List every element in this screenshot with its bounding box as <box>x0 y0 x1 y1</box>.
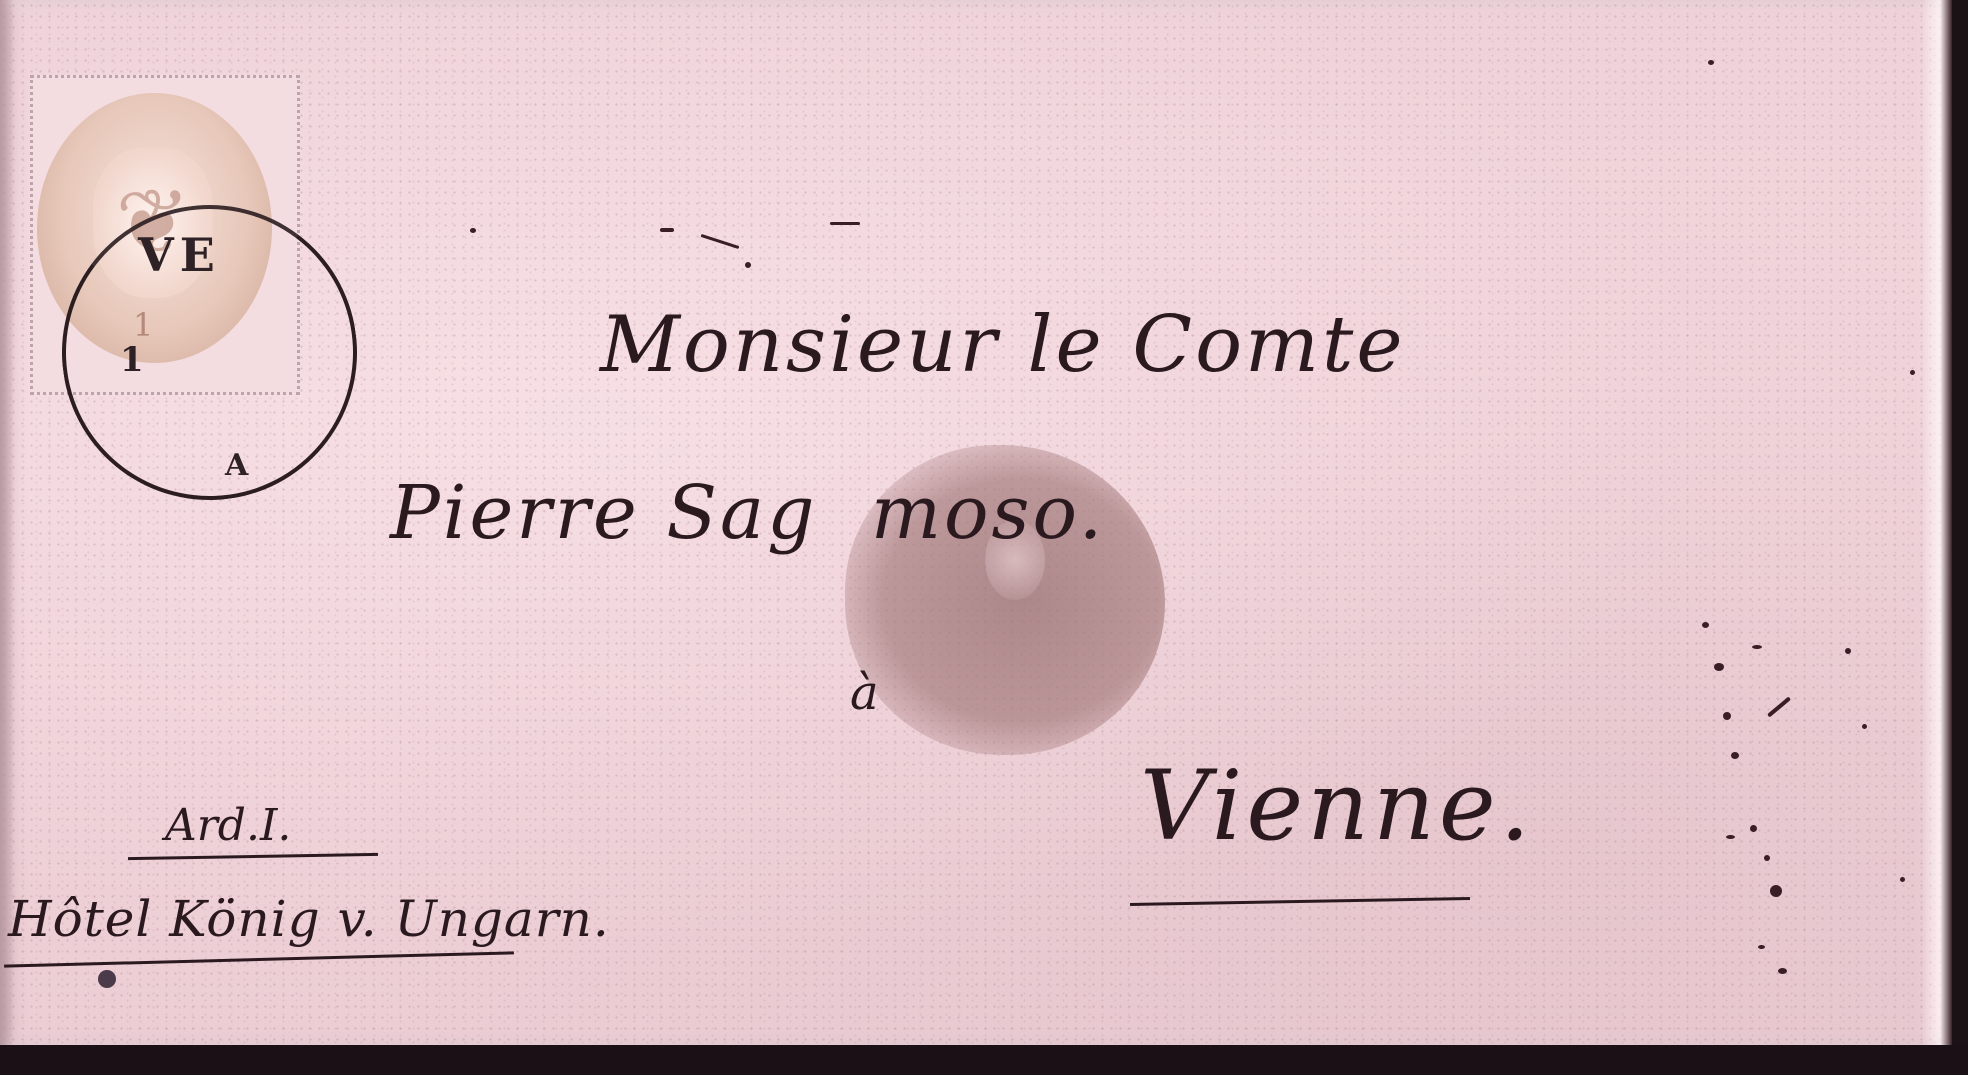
ink-dot <box>98 970 116 988</box>
ink-speck <box>1714 663 1724 671</box>
ink-speck <box>1702 622 1709 628</box>
ink-speck <box>1764 855 1770 861</box>
postmark-date: 1 <box>120 340 156 380</box>
ink-speck <box>1845 648 1851 654</box>
ink-speck <box>1708 60 1714 65</box>
background-surface <box>0 1045 1968 1075</box>
ink-speck <box>1758 945 1765 949</box>
address-line-2: Pierre Sag moso. <box>390 470 1105 556</box>
ink-speck <box>1778 968 1787 974</box>
ink-speck <box>1731 752 1739 759</box>
ink-speck <box>1750 825 1757 832</box>
ink-speck <box>1862 724 1867 729</box>
ink-speck <box>745 262 751 268</box>
envelope-photo: ❦ 1 VE 1 A Monsieur le Comte Pierre Sag … <box>0 0 1968 1075</box>
ink-speck <box>1770 885 1782 897</box>
address-line-1: Monsieur le Comte <box>600 300 1406 390</box>
sender-note-line-2: Hôtel König v. Ungarn. <box>8 890 610 948</box>
sender-note-line-1: Ard.I. <box>165 800 291 851</box>
ink-speck <box>1723 712 1731 720</box>
address-city: Vienne. <box>1140 750 1534 862</box>
ink-speck <box>1752 645 1762 649</box>
postmark-town: VE <box>138 228 221 282</box>
ink-speck <box>1900 877 1905 882</box>
postmark-bottom-letter: A <box>225 448 248 483</box>
address-line-3: à <box>850 665 879 721</box>
ink-speck <box>660 228 674 232</box>
ink-speck <box>1910 370 1915 375</box>
ink-speck <box>830 222 860 225</box>
ink-speck <box>470 228 476 233</box>
envelope-left-edge <box>0 0 14 1045</box>
ink-speck <box>1726 835 1735 839</box>
envelope-right-edge <box>1922 0 1952 1045</box>
envelope-paper: ❦ 1 VE 1 A Monsieur le Comte Pierre Sag … <box>0 0 1952 1045</box>
